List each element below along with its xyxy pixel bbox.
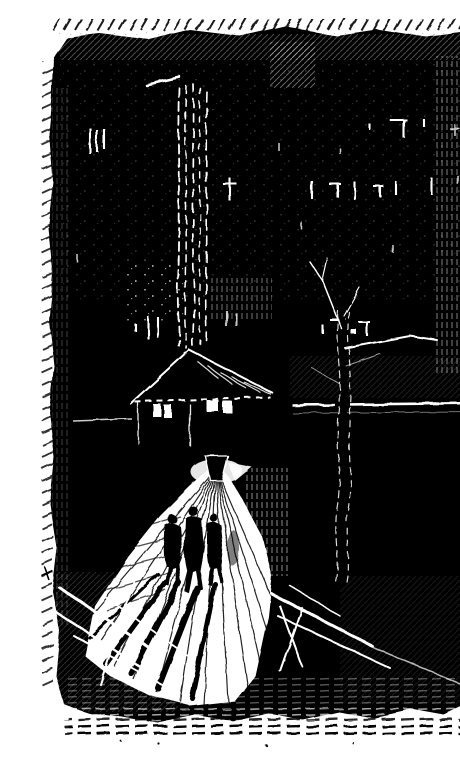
window-light (351, 329, 356, 334)
bottom-edge-scribbles (64, 708, 460, 736)
illustration-page: Black-and-white pen-and-ink night scene:… (40, 16, 460, 749)
figure-faint (227, 530, 239, 566)
ink-illustration: Black-and-white pen-and-ink night scene:… (40, 16, 460, 749)
